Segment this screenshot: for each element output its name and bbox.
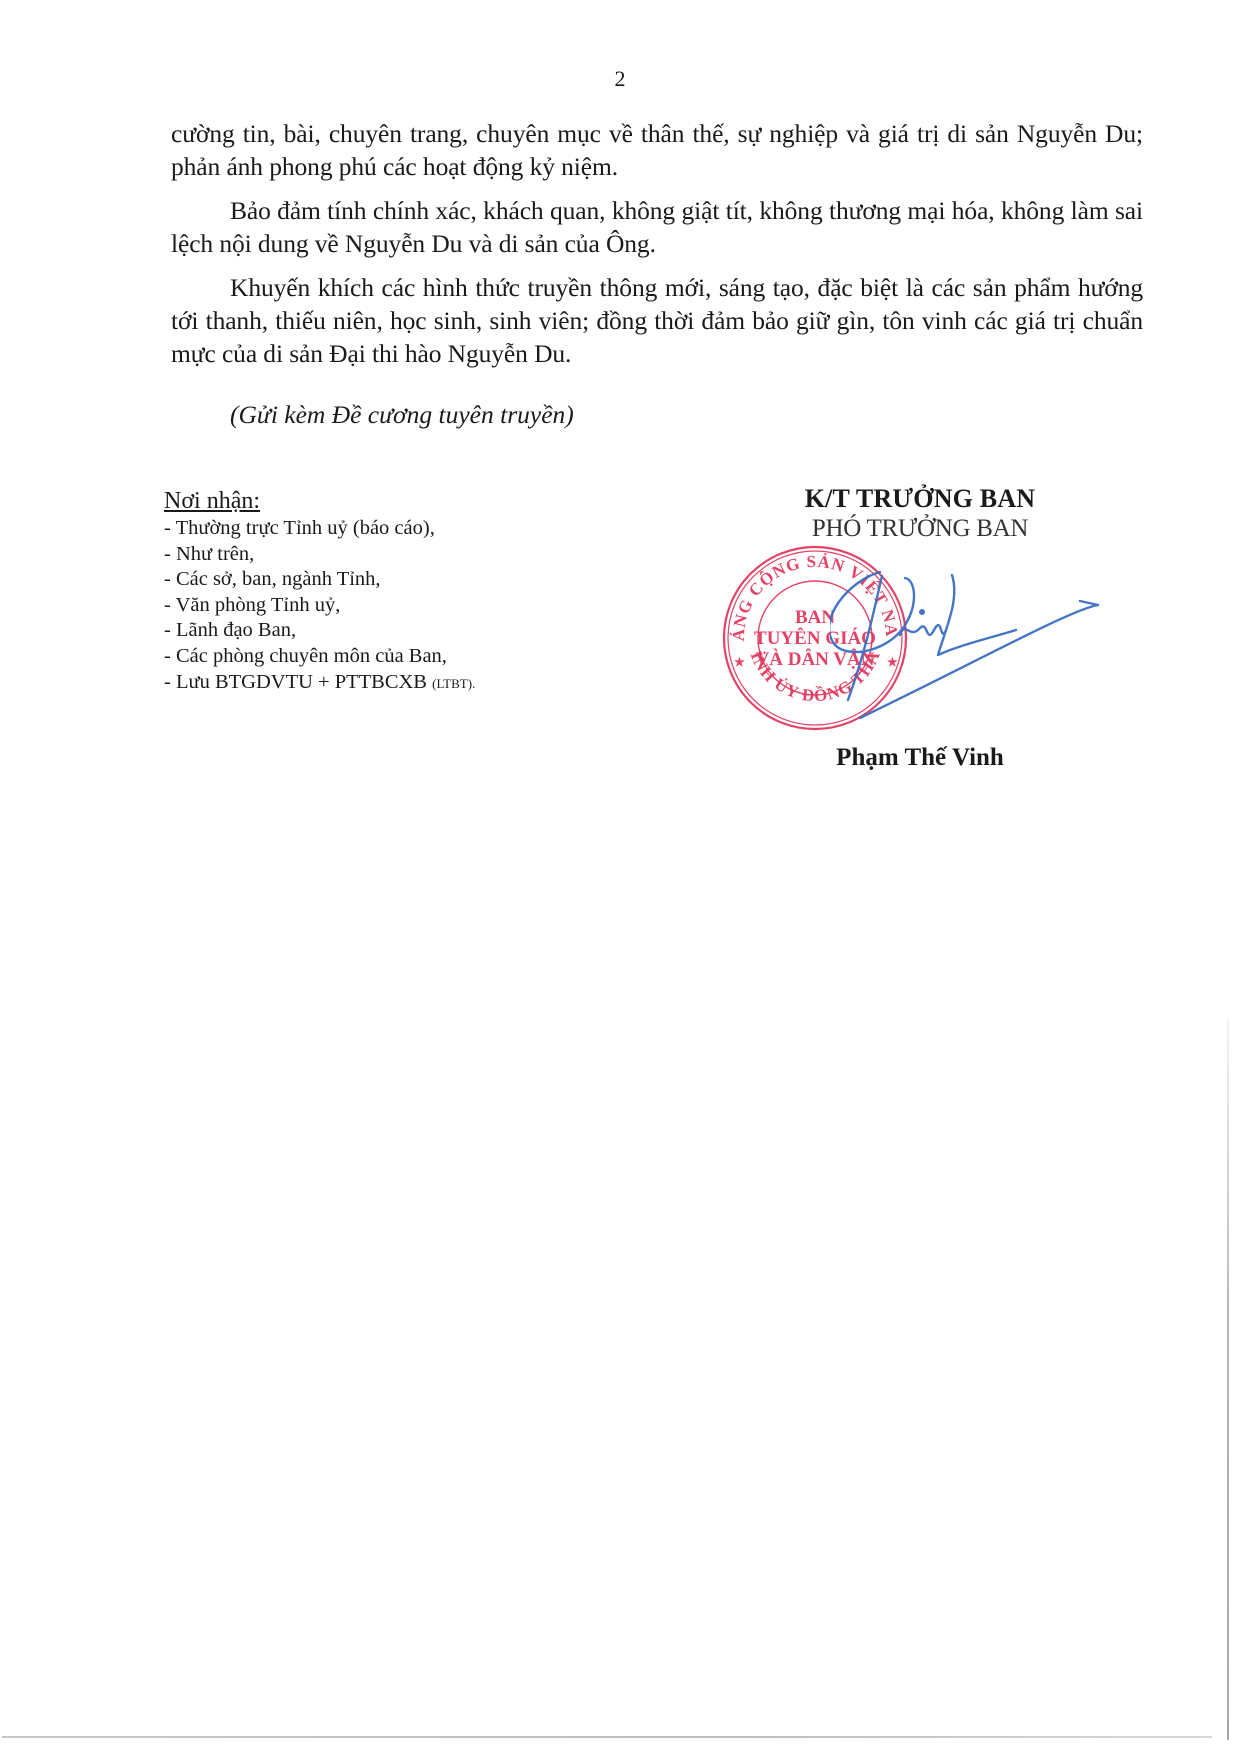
recipient-item: - Thường trực Tỉnh uỷ (báo cáo), [164, 516, 584, 542]
paragraph-continuation: cường tin, bài, chuyên trang, chuyên mục… [171, 117, 1143, 183]
recipients-title: Nơi nhận: [164, 486, 584, 516]
scan-edge-bottom [2, 1736, 1212, 1738]
recipients-block: Nơi nhận: - Thường trực Tỉnh uỷ (báo cáo… [164, 486, 584, 696]
signature-title-secondary: PHÓ TRƯỞNG BAN [700, 514, 1140, 544]
signer-name: Phạm Thế Vinh [700, 744, 1140, 772]
archive-label: - Lưu BTGDVTU + PTTBCXB [164, 671, 427, 693]
signature-block: K/T TRƯỞNG BAN PHÓ TRƯỞNG BAN [700, 484, 1140, 544]
stamp-star-left: ★ [734, 655, 745, 669]
recipient-item-archive: - Lưu BTGDVTU + PTTBCXB (LTBT). [164, 670, 584, 697]
archive-suffix: (LTBT). [432, 676, 475, 691]
paragraph-encouragement: Khuyến khích các hình thức truyền thông … [171, 271, 1143, 370]
scan-edge-right [1227, 1020, 1229, 1740]
document-body: cường tin, bài, chuyên trang, chuyên mục… [171, 117, 1143, 381]
attachment-note: (Gửi kèm Đề cương tuyên truyền) [230, 400, 574, 430]
recipient-item: - Các phòng chuyên môn của Ban, [164, 644, 584, 670]
recipient-item: - Lãnh đạo Ban, [164, 618, 584, 644]
page-number: 2 [0, 66, 1240, 92]
recipient-item: - Như trên, [164, 542, 584, 568]
recipient-item: - Văn phòng Tỉnh uỷ, [164, 593, 584, 619]
recipient-item: - Các sở, ban, ngành Tỉnh, [164, 567, 584, 593]
paragraph-accuracy: Bảo đảm tính chính xác, khách quan, khôn… [171, 194, 1143, 260]
signature-title-primary: K/T TRƯỞNG BAN [700, 484, 1140, 514]
recipients-list: - Thường trực Tỉnh uỷ (báo cáo), - Như t… [164, 516, 584, 696]
handwritten-signature [830, 560, 1160, 730]
